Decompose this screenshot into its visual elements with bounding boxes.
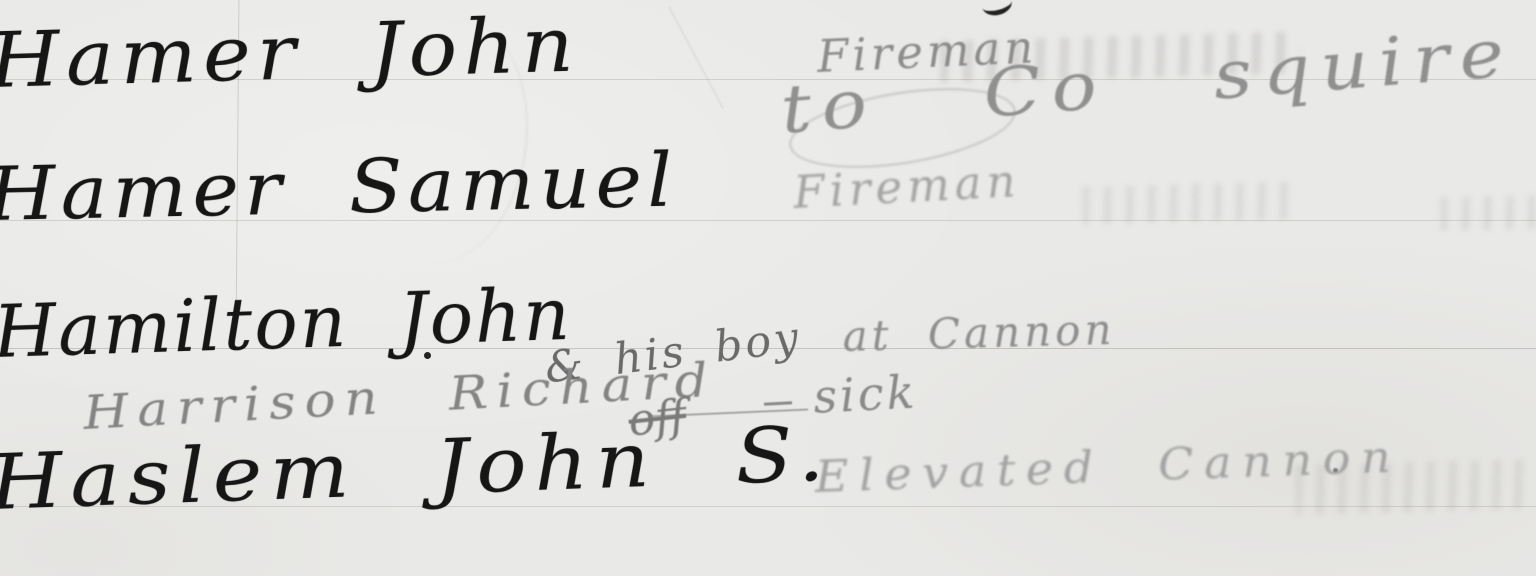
entry-duty-at-cannon: at Cannon: [842, 305, 1116, 361]
scanned-page: Hamer John Fireman to Co squire Me Hamer…: [0, 0, 1536, 576]
pencil-dash: [764, 401, 792, 405]
entry-name-hamer-samuel: Hamer Samuel: [0, 138, 678, 238]
bleed-through-smudge: [1440, 195, 1536, 232]
cropped-ink-stroke: [980, 0, 1014, 18]
entry-name-hamilton-john: Hamilton John: [0, 272, 573, 374]
bleed-through-smudge: [1082, 181, 1298, 225]
entry-duty-fireman-2: Fireman: [792, 154, 1022, 219]
pencil-scrawl-note: to Co squire Me: [778, 0, 1536, 149]
ink-dot: [424, 352, 431, 359]
paper-crease: [668, 6, 724, 108]
entry-name-hamer-john: Hamer John: [0, 0, 581, 105]
